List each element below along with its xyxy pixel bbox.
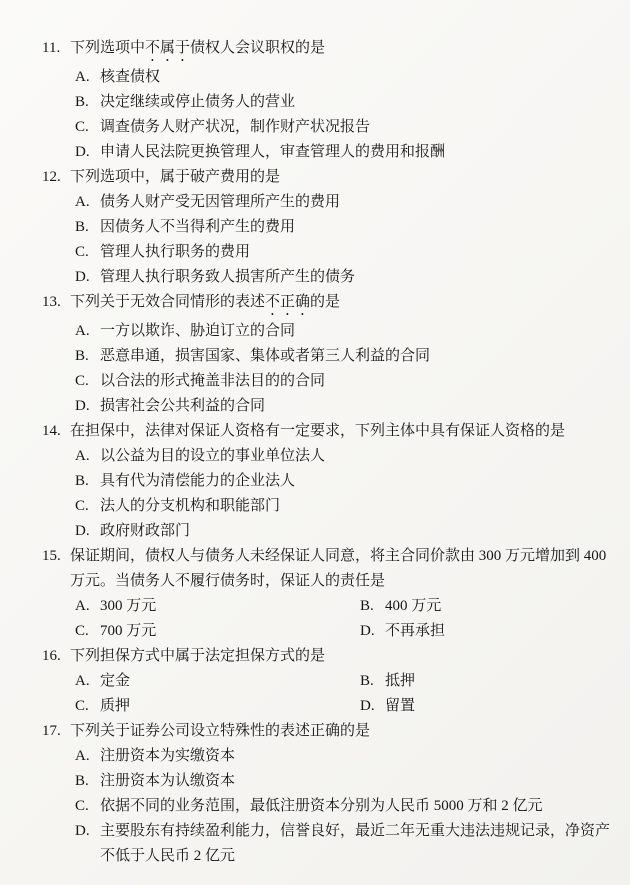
option-text: 不再承担 [385, 619, 612, 644]
question-text: 下列选项中，属于破产费用的是 [70, 165, 612, 190]
question-stem: 12.下列选项中，属于破产费用的是 [42, 165, 612, 190]
option-D: D.政府财政部门 [75, 519, 612, 544]
option-label: A. [75, 669, 100, 694]
question-number: 13. [42, 290, 70, 315]
option-label: A. [75, 444, 100, 469]
question-13: 13.下列关于无效合同情形的表述不正确的是A.一方以欺诈、胁迫订立的合同B.恶意… [42, 290, 612, 419]
option-text: 留置 [385, 694, 612, 719]
option-label: B. [75, 769, 100, 794]
question-list: 11.下列选项中不属于债权人会议职权的是A.核查债权B.决定继续或停止债务人的营… [42, 36, 612, 869]
option-C: C.700 万元 [75, 619, 360, 644]
option-text: 抵押 [385, 669, 612, 694]
option-text: 申请人民法院更换管理人，审查管理人的费用和报酬 [100, 140, 612, 165]
question-text: 下列担保方式中属于法定担保方式的是 [70, 644, 612, 669]
question-number: 11. [42, 36, 70, 61]
option-text: 决定继续或停止债务人的营业 [100, 90, 612, 115]
option-text: 以合法的形式掩盖非法目的的合同 [100, 369, 612, 394]
option-label: C. [75, 794, 100, 819]
option-B: B.因债务人不当得利产生的费用 [75, 215, 612, 240]
option-D: D.管理人执行职务致人损害所产生的债务 [75, 265, 612, 290]
question-stem: 17.下列关于证券公司设立特殊性的表述正确的是 [42, 719, 612, 744]
option-list: A.以公益为目的设立的事业单位法人B.具有代为清偿能力的企业法人C.法人的分支机… [42, 444, 612, 544]
exam-page: 11.下列选项中不属于债权人会议职权的是A.核查债权B.决定继续或停止债务人的营… [0, 0, 630, 885]
option-D: D.留置 [360, 694, 612, 719]
question-14: 14.在担保中，法律对保证人资格有一定要求，下列主体中具有保证人资格的是A.以公… [42, 419, 612, 544]
option-text: 因债务人不当得利产生的费用 [100, 215, 612, 240]
question-number: 17. [42, 719, 70, 744]
question-number: 15. [42, 544, 70, 569]
question-number: 16. [42, 644, 70, 669]
option-text: 具有代为清偿能力的企业法人 [100, 469, 612, 494]
question-stem: 15.保证期间，债权人与债务人未经保证人同意，将主合同价款由 300 万元增加到… [42, 544, 612, 594]
option-label: C. [75, 115, 100, 140]
option-list: A.注册资本为实缴资本B.注册资本为认缴资本C.依据不同的业务范围，最低注册资本… [42, 744, 612, 869]
option-text: 损害社会公共利益的合同 [100, 394, 612, 419]
option-text: 核查债权 [100, 65, 612, 90]
option-B: B.决定继续或停止债务人的营业 [75, 90, 612, 115]
option-label: D. [360, 619, 385, 644]
option-label: C. [75, 369, 100, 394]
question-stem: 16.下列担保方式中属于法定担保方式的是 [42, 644, 612, 669]
option-A: A.定金 [75, 669, 360, 694]
option-text: 依据不同的业务范围，最低注册资本分别为人民币 5000 万和 2 亿元 [100, 794, 612, 819]
option-list: A.核查债权B.决定继续或停止债务人的营业C.调查债务人财产状况，制作财产状况报… [42, 65, 612, 165]
option-text: 注册资本为认缴资本 [100, 769, 612, 794]
option-C: C.质押 [75, 694, 360, 719]
question-text: 保证期间，债权人与债务人未经保证人同意，将主合同价款由 300 万元增加到 40… [70, 544, 612, 594]
option-text: 管理人执行职务的费用 [100, 240, 612, 265]
option-B: B.抵押 [360, 669, 612, 694]
option-C: C.管理人执行职务的费用 [75, 240, 612, 265]
question-stem: 14.在担保中，法律对保证人资格有一定要求，下列主体中具有保证人资格的是 [42, 419, 612, 444]
option-label: A. [75, 744, 100, 769]
option-label: B. [360, 594, 385, 619]
option-C: C.依据不同的业务范围，最低注册资本分别为人民币 5000 万和 2 亿元 [75, 794, 612, 819]
question-17: 17.下列关于证券公司设立特殊性的表述正确的是A.注册资本为实缴资本B.注册资本… [42, 719, 612, 869]
option-list: A.债务人财产受无因管理所产生的费用B.因债务人不当得利产生的费用C.管理人执行… [42, 190, 612, 290]
option-text: 700 万元 [100, 619, 360, 644]
question-stem: 11.下列选项中不属于债权人会议职权的是 [42, 36, 612, 65]
option-text: 定金 [100, 669, 360, 694]
option-text: 管理人执行职务致人损害所产生的债务 [100, 265, 612, 290]
option-text: 法人的分支机构和职能部门 [100, 494, 612, 519]
option-D: D.损害社会公共利益的合同 [75, 394, 612, 419]
option-A: A.一方以欺诈、胁迫订立的合同 [75, 319, 612, 344]
option-text: 主要股东有持续盈利能力，信誉良好，最近二年无重大违法违规记录，净资产不低于人民币… [100, 819, 612, 869]
question-stem: 13.下列关于无效合同情形的表述不正确的是 [42, 290, 612, 319]
option-C: C.调查债务人财产状况，制作财产状况报告 [75, 115, 612, 140]
option-label: B. [75, 469, 100, 494]
option-C: C.法人的分支机构和职能部门 [75, 494, 612, 519]
question-number: 14. [42, 419, 70, 444]
option-list: A.定金B.抵押C.质押D.留置 [42, 669, 612, 719]
option-text: 注册资本为实缴资本 [100, 744, 612, 769]
option-label: D. [75, 819, 100, 844]
question-text: 下列关于证券公司设立特殊性的表述正确的是 [70, 719, 612, 744]
option-A: A.核查债权 [75, 65, 612, 90]
question-11: 11.下列选项中不属于债权人会议职权的是A.核查债权B.决定继续或停止债务人的营… [42, 36, 612, 165]
option-label: B. [360, 669, 385, 694]
option-B: B.恶意串通，损害国家、集体或者第三人利益的合同 [75, 344, 612, 369]
option-list: A.一方以欺诈、胁迫订立的合同B.恶意串通，损害国家、集体或者第三人利益的合同C… [42, 319, 612, 419]
option-A: A.债务人财产受无因管理所产生的费用 [75, 190, 612, 215]
option-label: C. [75, 694, 100, 719]
option-label: C. [75, 619, 100, 644]
option-label: C. [75, 240, 100, 265]
option-label: D. [360, 694, 385, 719]
option-label: C. [75, 494, 100, 519]
option-list: A.300 万元B.400 万元C.700 万元D.不再承担 [42, 594, 612, 644]
option-D: D.主要股东有持续盈利能力，信誉良好，最近二年无重大违法违规记录，净资产不低于人… [75, 819, 612, 869]
option-label: A. [75, 319, 100, 344]
option-label: B. [75, 215, 100, 240]
option-B: B.具有代为清偿能力的企业法人 [75, 469, 612, 494]
option-text: 一方以欺诈、胁迫订立的合同 [100, 319, 612, 344]
option-text: 政府财政部门 [100, 519, 612, 544]
option-label: B. [75, 344, 100, 369]
question-number: 12. [42, 165, 70, 190]
option-label: D. [75, 140, 100, 165]
option-label: A. [75, 594, 100, 619]
question-16: 16.下列担保方式中属于法定担保方式的是A.定金B.抵押C.质押D.留置 [42, 644, 612, 719]
option-B: B.400 万元 [360, 594, 612, 619]
option-label: B. [75, 90, 100, 115]
option-text: 调查债务人财产状况，制作财产状况报告 [100, 115, 612, 140]
question-12: 12.下列选项中，属于破产费用的是A.债务人财产受无因管理所产生的费用B.因债务… [42, 165, 612, 290]
option-D: D.申请人民法院更换管理人，审查管理人的费用和报酬 [75, 140, 612, 165]
option-A: A.注册资本为实缴资本 [75, 744, 612, 769]
option-label: D. [75, 519, 100, 544]
option-D: D.不再承担 [360, 619, 612, 644]
question-text: 下列关于无效合同情形的表述不正确的是 [70, 290, 612, 319]
question-text: 下列选项中不属于债权人会议职权的是 [70, 36, 612, 65]
option-A: A.以公益为目的设立的事业单位法人 [75, 444, 612, 469]
option-label: D. [75, 265, 100, 290]
option-label: A. [75, 190, 100, 215]
option-A: A.300 万元 [75, 594, 360, 619]
option-text: 400 万元 [385, 594, 612, 619]
option-label: D. [75, 394, 100, 419]
option-B: B.注册资本为认缴资本 [75, 769, 612, 794]
option-text: 恶意串通，损害国家、集体或者第三人利益的合同 [100, 344, 612, 369]
question-15: 15.保证期间，债权人与债务人未经保证人同意，将主合同价款由 300 万元增加到… [42, 544, 612, 644]
option-C: C.以合法的形式掩盖非法目的的合同 [75, 369, 612, 394]
emphasized-text: 不正确 [265, 294, 310, 310]
option-text: 300 万元 [100, 594, 360, 619]
question-text: 在担保中，法律对保证人资格有一定要求，下列主体中具有保证人资格的是 [70, 419, 612, 444]
option-label: A. [75, 65, 100, 90]
emphasized-text: 不属于 [145, 40, 190, 56]
option-text: 质押 [100, 694, 360, 719]
option-text: 以公益为目的设立的事业单位法人 [100, 444, 612, 469]
option-text: 债务人财产受无因管理所产生的费用 [100, 190, 612, 215]
